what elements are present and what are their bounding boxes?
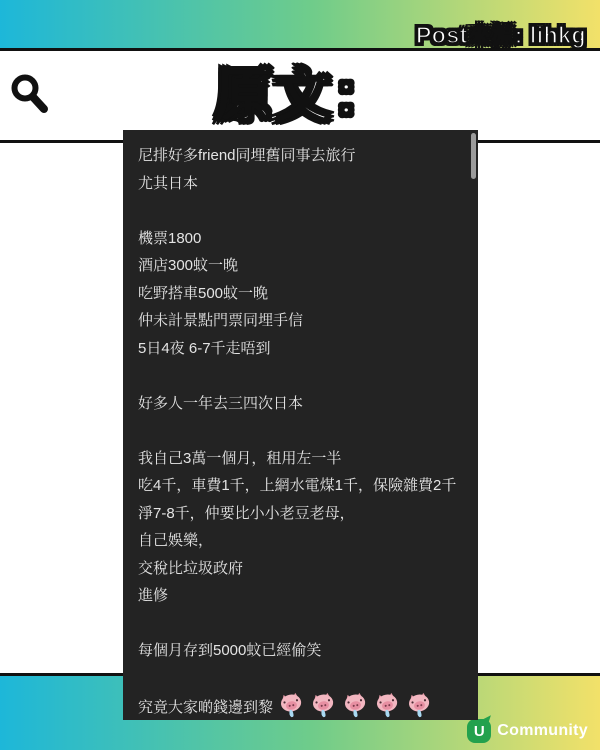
brand-logo: U Community [467,719,588,743]
post-line: 酒店300蚊一晚 [138,252,464,280]
post-line: 究竟大家啲錢邊到黎 [138,692,464,720]
post-line: 尼排好多friend同埋舊同事去旅行 [138,142,464,170]
post-line [138,610,464,638]
pig-drool-icon [404,690,435,721]
page: Post來源: lihkg 原文： 尼排好多friend同埋舊同事去旅行尤其日本… [0,0,600,750]
gradient-top-band: Post來源: lihkg [0,0,600,51]
pig-drool-icon [372,690,403,721]
post-line [138,197,464,225]
post-line [138,362,464,390]
post-body: 尼排好多friend同埋舊同事去旅行尤其日本 機票1800酒店300蚊一晚吃野搭… [138,142,464,720]
post-line: 吃野搭車500蚊一晚 [138,280,464,308]
post-line: 進修 [138,582,464,610]
page-title: 原文： [215,50,392,132]
pig-drool-icon [276,690,307,721]
post-source-label: Post來源: lihkg [416,17,586,50]
pig-drool-icon [340,690,371,721]
brand-name: Community [497,722,588,740]
post-line: 機票1800 [138,225,464,253]
post-line: 仲未計景點門票同埋手信 [138,307,464,335]
post-line: 淨7-8千，仲要比小小老豆老母， [138,500,464,528]
post-line: 尤其日本 [138,170,464,198]
post-line: 5日4夜 6-7千走唔到 [138,335,464,363]
post-line [138,665,464,693]
post-line: 吃4千，車費1千，上網水電煤1千，保險雜費2千 [138,472,464,500]
post-line: 我自己3萬一個月，租用左一半 [138,445,464,473]
pig-drool-icon [308,690,339,721]
post-panel[interactable]: 尼排好多friend同埋舊同事去旅行尤其日本 機票1800酒店300蚊一晚吃野搭… [123,130,478,720]
post-line: 每個月存到5000蚊已經偷笑 [138,637,464,665]
post-line: 好多人一年去三四次日本 [138,390,464,418]
scrollbar-thumb[interactable] [471,133,476,179]
post-line [138,417,464,445]
u-badge-icon: U [467,719,491,743]
post-line: 交稅比垃圾政府 [138,555,464,583]
search-icon [8,72,52,118]
post-line: 自己娛樂， [138,527,464,555]
